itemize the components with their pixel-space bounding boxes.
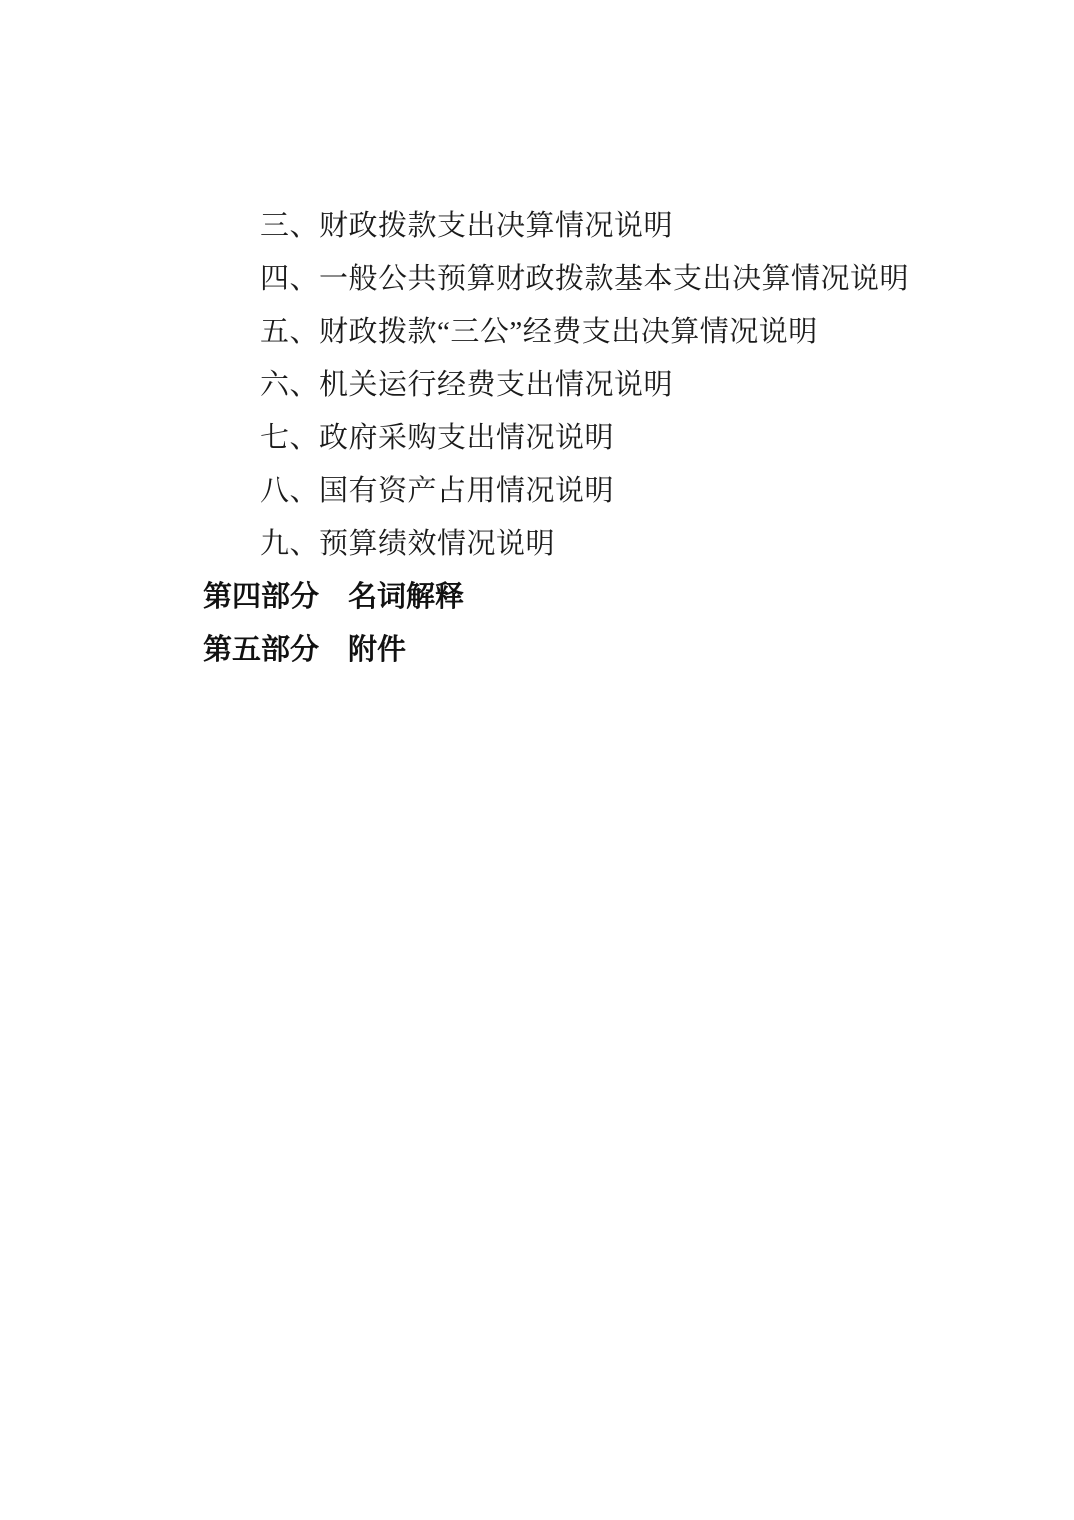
toc-item: 五、财政拨款“三公”经费支出决算情况说明 xyxy=(203,306,1034,359)
part-number: 第五部分 xyxy=(203,634,319,666)
toc-item: 四、一般公共预算财政拨款基本支出决算情况说明 xyxy=(203,253,1034,306)
part-heading-4: 第四部分名词解释 xyxy=(203,571,1034,624)
toc-item: 八、国有资产占用情况说明 xyxy=(203,465,1034,518)
document-page: { "page": { "colors": { "background": "#… xyxy=(0,0,1074,1520)
toc-item: 三、财政拨款支出决算情况说明 xyxy=(203,200,1034,253)
toc-item: 七、政府采购支出情况说明 xyxy=(203,412,1034,465)
page-canvas: 三、财政拨款支出决算情况说明 四、一般公共预算财政拨款基本支出决算情况说明 五、… xyxy=(0,0,1074,1520)
toc-content: 三、财政拨款支出决算情况说明 四、一般公共预算财政拨款基本支出决算情况说明 五、… xyxy=(203,200,1034,677)
toc-item: 六、机关运行经费支出情况说明 xyxy=(203,359,1034,412)
part-heading-5: 第五部分附件 xyxy=(203,624,1034,677)
toc-item: 九、预算绩效情况说明 xyxy=(203,518,1034,571)
part-title: 附件 xyxy=(348,634,406,666)
part-number: 第四部分 xyxy=(203,581,319,613)
part-title: 名词解释 xyxy=(348,581,464,613)
